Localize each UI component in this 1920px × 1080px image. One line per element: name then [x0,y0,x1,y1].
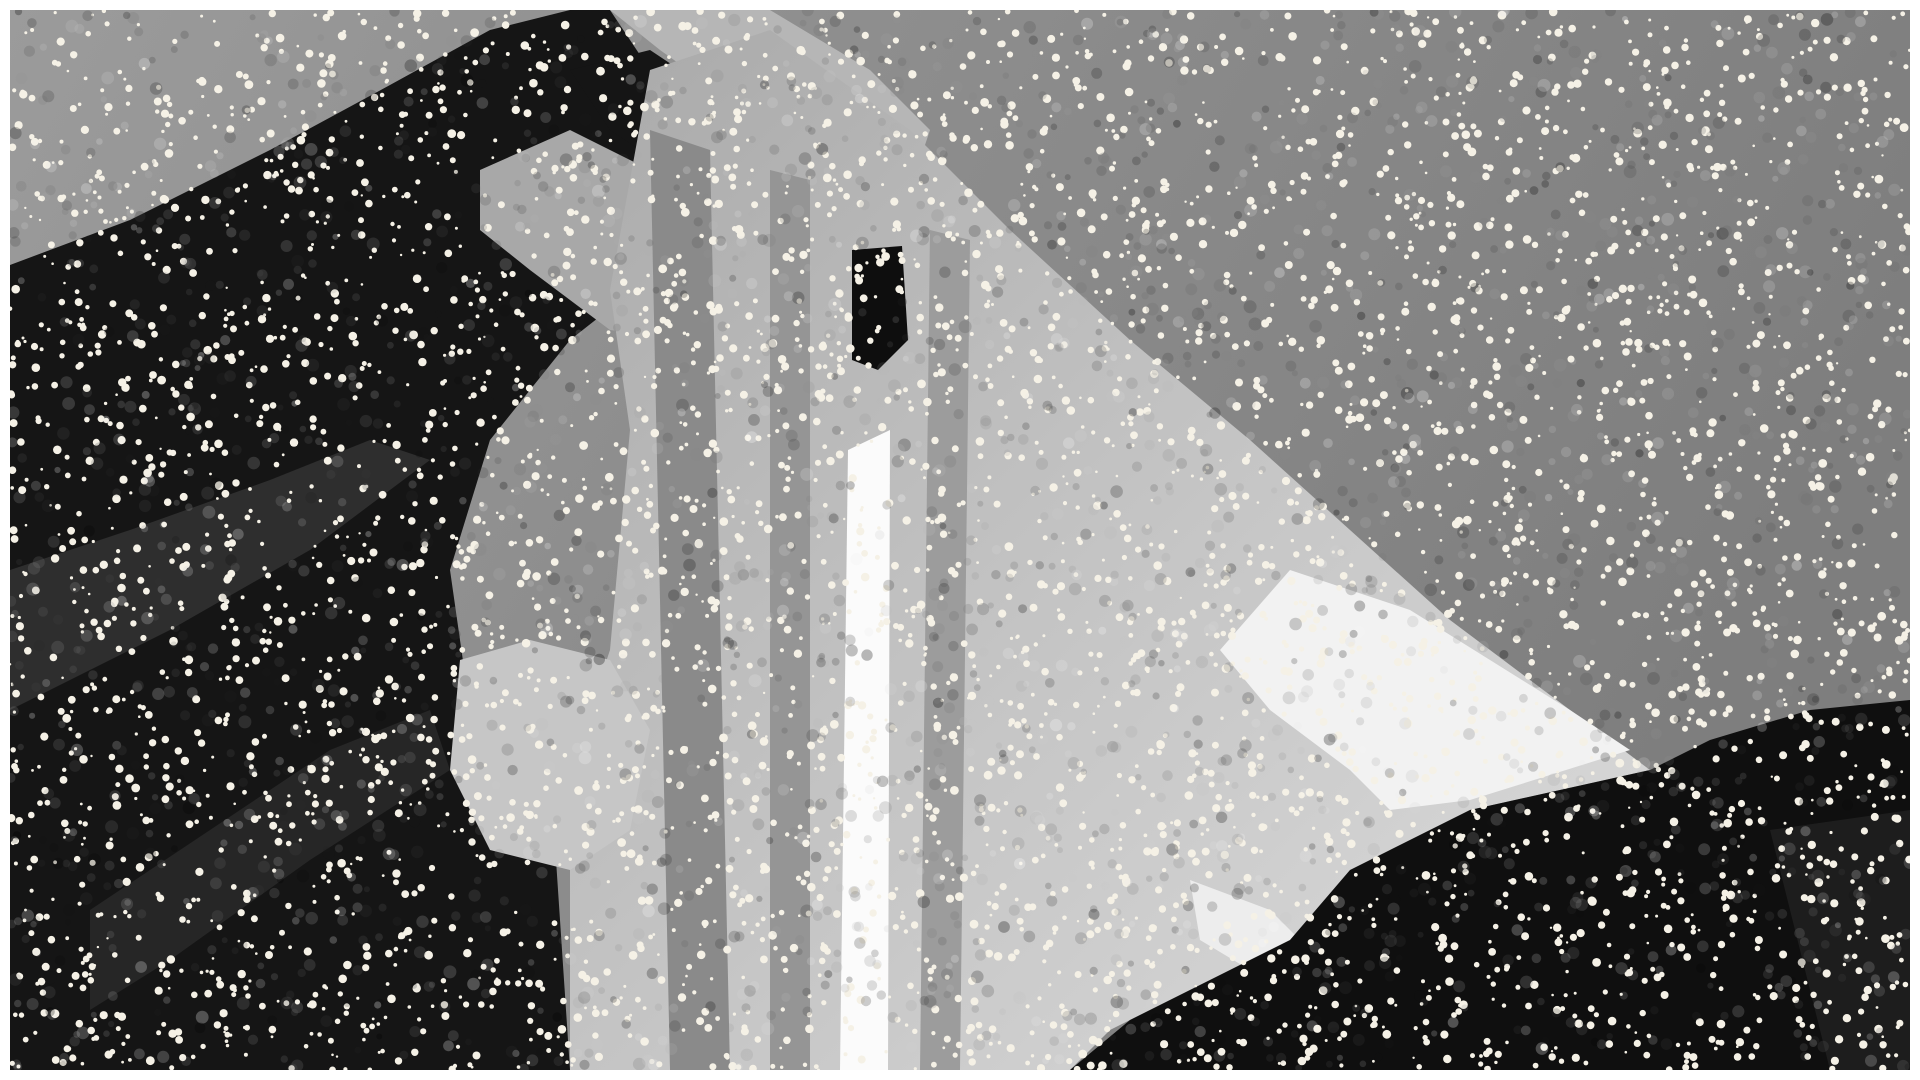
stippled-photo: Stippled (pointillist) black-and-white r… [10,10,1910,1070]
stipple-artwork [10,10,1910,1070]
